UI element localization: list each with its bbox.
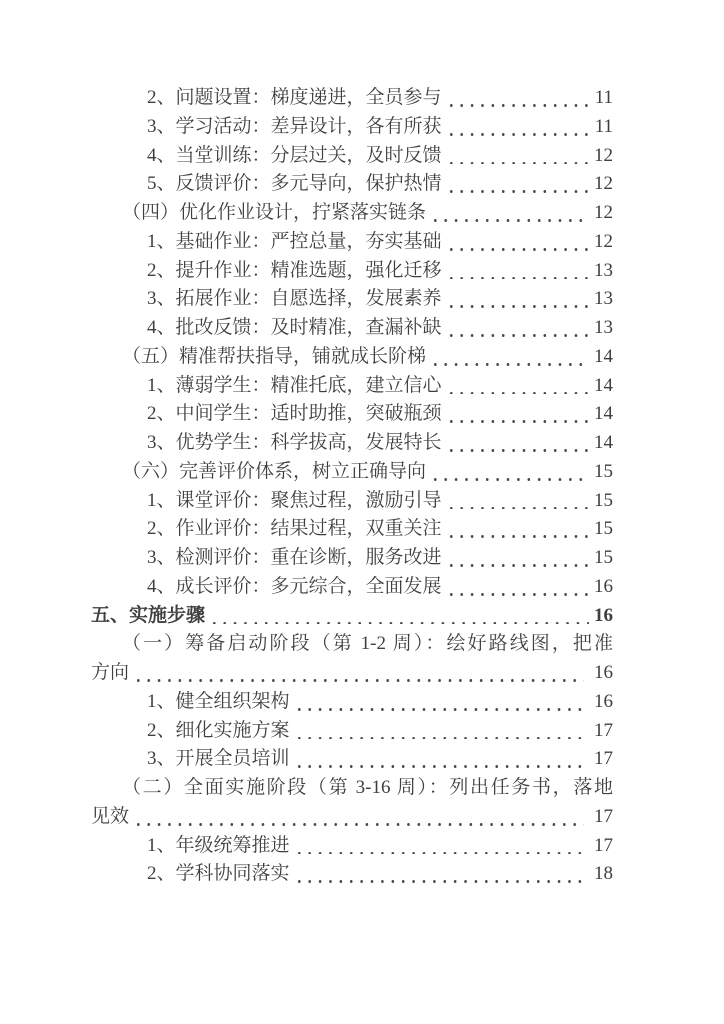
toc-entry-text: 1、薄弱学生：精准托底，建立信心 — [147, 372, 442, 401]
toc-page-number: 17 — [594, 717, 613, 746]
toc-page-number: 14 — [594, 343, 613, 372]
toc-entry-text: （四）优化作业设计，拧紧落实链条 — [122, 199, 426, 228]
toc-page-number: 11 — [595, 113, 613, 142]
dot-leader — [297, 717, 590, 746]
toc-entry-text: 1、健全组织架构 — [147, 688, 290, 717]
toc-page-number: 15 — [594, 515, 613, 544]
dot-leader — [433, 343, 585, 372]
toc-row: 1、年级统筹推进 17 — [91, 832, 613, 861]
toc-page-number: 13 — [594, 314, 613, 343]
dot-leader — [449, 400, 590, 429]
toc-row: 3、拓展作业：自愿选择，发展素养 13 — [91, 285, 613, 314]
toc-row: 2、作业评价：结果过程，双重关注 15 — [91, 515, 613, 544]
toc-entry-text: （二）全面实施阶段（第 3-16 周）：列出任务书，落地 — [122, 774, 613, 803]
toc-entry-text: 4、批改反馈：及时精准，查漏补缺 — [147, 314, 442, 343]
toc-entry-text: 3、开展全员培训 — [147, 745, 290, 774]
toc-row: 4、批改反馈：及时精准，查漏补缺 13 — [91, 314, 613, 343]
toc-row: 1、健全组织架构 16 — [91, 688, 613, 717]
dot-leader — [449, 515, 590, 544]
toc-row: 见效 17 — [91, 803, 613, 832]
toc-page-number: 13 — [594, 257, 613, 286]
toc-entry-text: 3、拓展作业：自愿选择，发展素养 — [147, 285, 442, 314]
toc-row: 3、检测评价：重在诊断，服务改进 15 — [91, 544, 613, 573]
dot-leader — [297, 860, 590, 889]
dot-leader — [449, 573, 590, 602]
dot-leader — [449, 314, 590, 343]
toc-entry-text: 2、作业评价：结果过程，双重关注 — [147, 515, 442, 544]
toc-row: 2、问题设置：梯度递进，全员参与 11 — [91, 84, 613, 113]
table-of-contents: 2、问题设置：梯度递进，全员参与 11 3、学习活动：差异设计，各有所获 11 … — [91, 84, 613, 889]
toc-page-number: 16 — [594, 659, 613, 688]
toc-entry-text: 1、基础作业：严控总量，夯实基础 — [147, 228, 442, 257]
toc-entry-text: 方向 — [91, 659, 129, 688]
toc-entry-text: （一）筹备启动阶段（第 1-2 周）：绘好路线图，把准 — [122, 630, 613, 659]
toc-row: 5、反馈评价：多元导向，保护热情 12 — [91, 170, 613, 199]
toc-entry-text: 2、学科协同落实 — [147, 860, 290, 889]
dot-leader — [297, 832, 590, 861]
toc-entry-text: 3、学习活动：差异设计，各有所获 — [147, 113, 442, 142]
toc-page-number: 16 — [594, 602, 613, 631]
toc-page-number: 15 — [594, 487, 613, 516]
toc-row: 2、细化实施方案 17 — [91, 717, 613, 746]
toc-entry-text: 2、问题设置：梯度递进，全员参与 — [147, 84, 442, 113]
dot-leader — [449, 372, 590, 401]
toc-entry-text: 3、检测评价：重在诊断，服务改进 — [147, 544, 442, 573]
toc-page-number: 12 — [594, 142, 613, 171]
toc-row: 4、当堂训练：分层过关，及时反馈 12 — [91, 142, 613, 171]
toc-row: （四）优化作业设计，拧紧落实链条 12 — [91, 199, 613, 228]
dot-leader — [297, 688, 590, 717]
toc-row: 2、中间学生：适时助推，突破瓶颈 14 — [91, 400, 613, 429]
toc-row: 3、优势学生：科学拔高，发展特长 14 — [91, 429, 613, 458]
document-page: 2、问题设置：梯度递进，全员参与 11 3、学习活动：差异设计，各有所获 11 … — [0, 0, 724, 1024]
toc-entry-text: 2、细化实施方案 — [147, 717, 290, 746]
toc-entry-text: 4、成长评价：多元综合，全面发展 — [147, 573, 442, 602]
toc-page-number: 14 — [594, 429, 613, 458]
toc-page-number: 17 — [594, 832, 613, 861]
dot-leader — [449, 285, 590, 314]
toc-page-number: 14 — [594, 400, 613, 429]
toc-entry-text: 五、实施步骤 — [91, 602, 205, 631]
toc-row: 五、实施步骤 16 — [91, 602, 613, 631]
toc-page-number: 14 — [594, 372, 613, 401]
toc-entry-text: （六）完善评价体系，树立正确导向 — [122, 458, 426, 487]
toc-page-number: 15 — [594, 544, 613, 573]
dot-leader — [136, 659, 585, 688]
toc-entry-text: 2、提升作业：精准选题，强化迁移 — [147, 257, 442, 286]
dot-leader — [449, 257, 590, 286]
toc-entry-text: 1、年级统筹推进 — [147, 832, 290, 861]
toc-row: 1、基础作业：严控总量，夯实基础 12 — [91, 228, 613, 257]
dot-leader — [297, 745, 590, 774]
toc-entry-text: 见效 — [91, 803, 129, 832]
dot-leader — [433, 199, 585, 228]
toc-row: 2、提升作业：精准选题，强化迁移 13 — [91, 257, 613, 286]
dot-leader — [136, 803, 585, 832]
dot-leader — [449, 429, 590, 458]
toc-page-number: 13 — [594, 285, 613, 314]
toc-page-number: 12 — [594, 228, 613, 257]
toc-row: （二）全面实施阶段（第 3-16 周）：列出任务书，落地 — [91, 774, 613, 803]
toc-page-number: 16 — [594, 688, 613, 717]
toc-entry-text: 4、当堂训练：分层过关，及时反馈 — [147, 142, 442, 171]
toc-row: 3、学习活动：差异设计，各有所获 11 — [91, 113, 613, 142]
toc-row: （五）精准帮扶指导，铺就成长阶梯 14 — [91, 343, 613, 372]
dot-leader — [449, 84, 591, 113]
dot-leader — [433, 458, 585, 487]
toc-page-number: 18 — [594, 860, 613, 889]
toc-page-number: 15 — [594, 458, 613, 487]
toc-page-number: 17 — [594, 803, 613, 832]
toc-page-number: 16 — [594, 573, 613, 602]
dot-leader — [449, 170, 590, 199]
toc-row: 方向 16 — [91, 659, 613, 688]
toc-entry-text: 3、优势学生：科学拔高，发展特长 — [147, 429, 442, 458]
dot-leader — [449, 487, 590, 516]
toc-row: （一）筹备启动阶段（第 1-2 周）：绘好路线图，把准 — [91, 630, 613, 659]
dot-leader — [212, 602, 590, 631]
toc-row: （六）完善评价体系，树立正确导向 15 — [91, 458, 613, 487]
toc-row: 1、课堂评价：聚焦过程，激励引导 15 — [91, 487, 613, 516]
toc-entry-text: 1、课堂评价：聚焦过程，激励引导 — [147, 487, 442, 516]
dot-leader — [449, 142, 590, 171]
toc-page-number: 12 — [594, 170, 613, 199]
toc-page-number: 12 — [594, 199, 613, 228]
dot-leader — [449, 544, 590, 573]
toc-row: 2、学科协同落实 18 — [91, 860, 613, 889]
toc-row: 4、成长评价：多元综合，全面发展 16 — [91, 573, 613, 602]
toc-row: 1、薄弱学生：精准托底，建立信心 14 — [91, 372, 613, 401]
toc-page-number: 11 — [595, 84, 613, 113]
toc-entry-text: 5、反馈评价：多元导向，保护热情 — [147, 170, 442, 199]
toc-page-number: 17 — [594, 745, 613, 774]
toc-entry-text: （五）精准帮扶指导，铺就成长阶梯 — [122, 343, 426, 372]
toc-entry-text: 2、中间学生：适时助推，突破瓶颈 — [147, 400, 442, 429]
dot-leader — [449, 228, 590, 257]
toc-row: 3、开展全员培训 17 — [91, 745, 613, 774]
dot-leader — [449, 113, 591, 142]
